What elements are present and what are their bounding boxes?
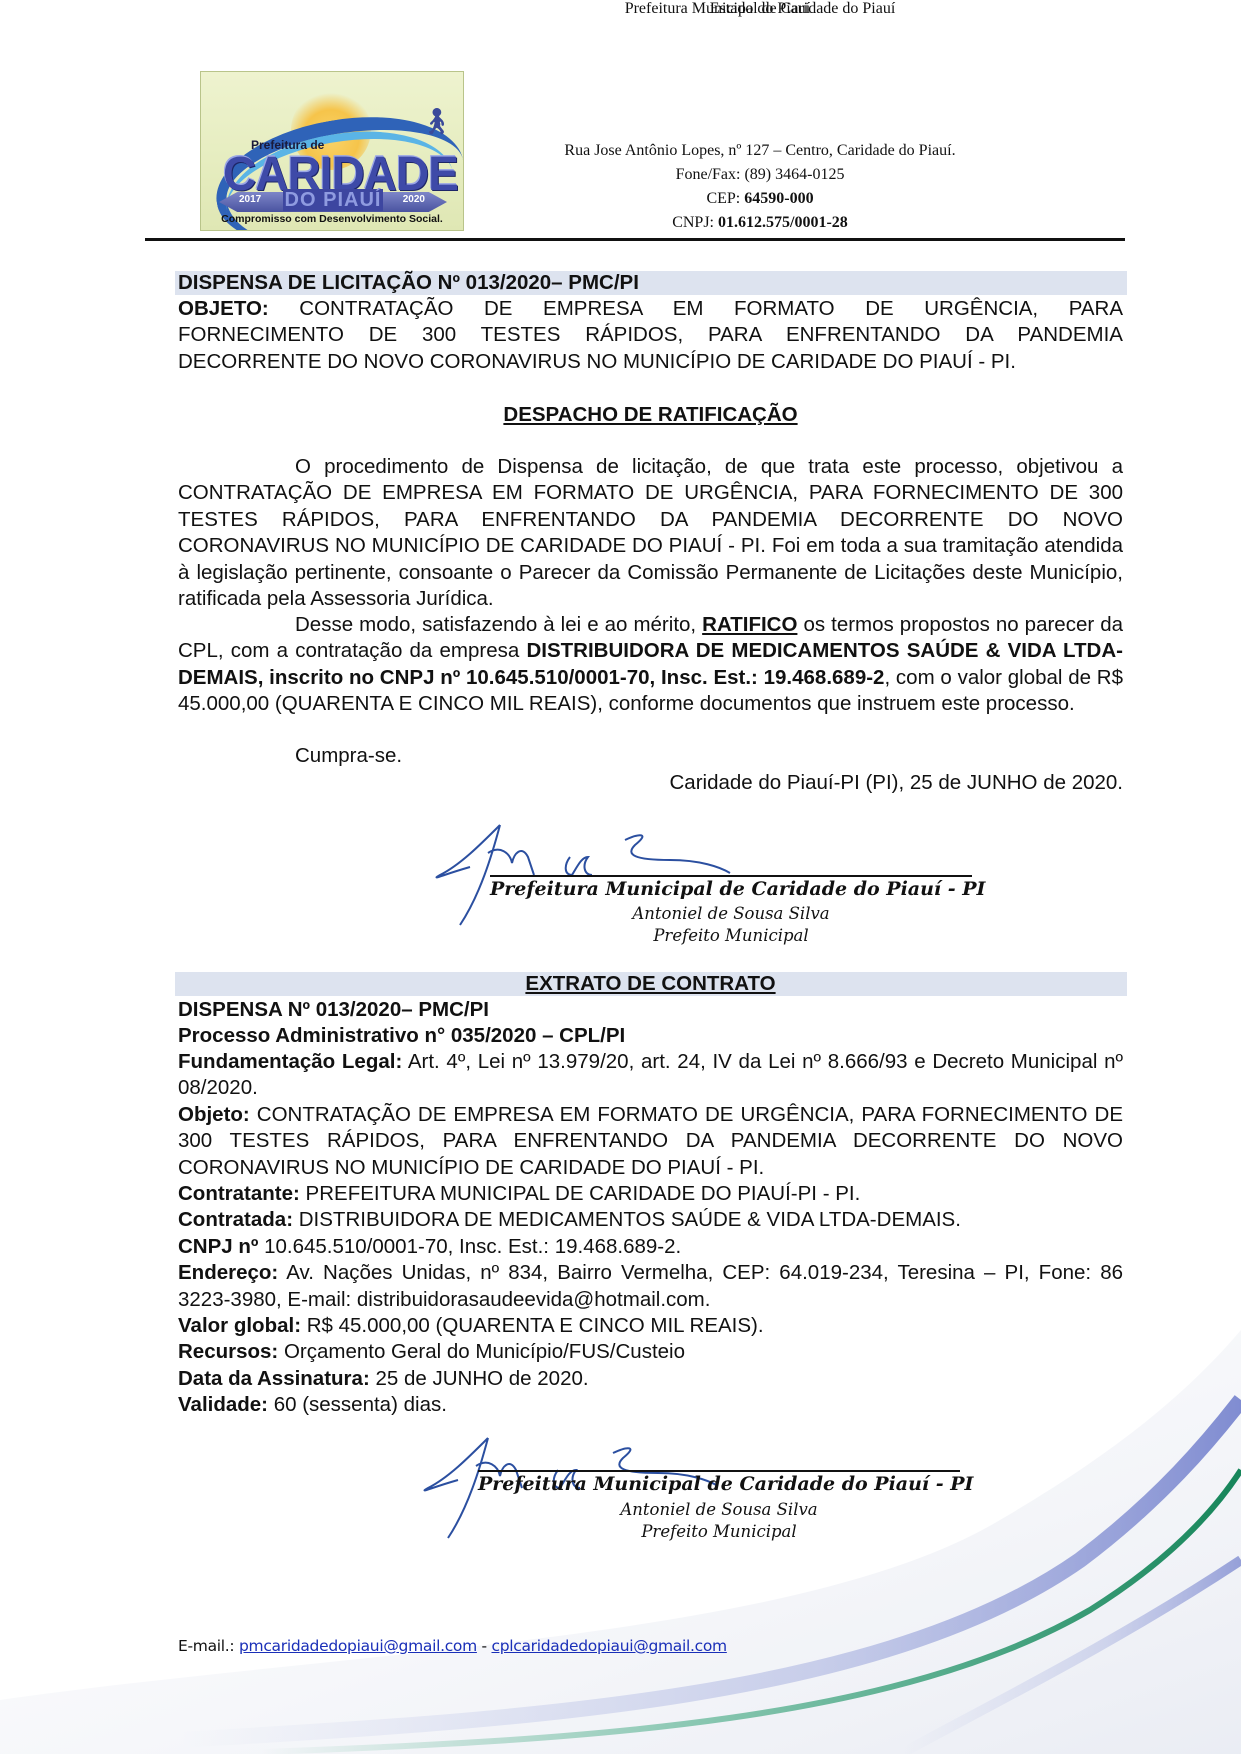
- municipality-logo: 🚶︎ Prefeitura de CARIDADE 2017 DO PIAUÍ …: [200, 71, 464, 231]
- field-value: 10.645.510/0001-70, Insc. Est.: 19.468.6…: [258, 1235, 681, 1258]
- extrato-field: Endereço: Av. Nações Unidas, nº 834, Bai…: [178, 1260, 1123, 1313]
- signature-role: Prefeito Municipal: [490, 926, 972, 945]
- cep-value: 64590-000: [744, 190, 813, 207]
- extrato-field: Fundamentação Legal: Art. 4º, Lei nº 13.…: [178, 1049, 1123, 1102]
- logo-year-end: 2020: [403, 194, 425, 205]
- despacho-paragraph-1: O procedimento de Dispensa de licitação,…: [178, 454, 1123, 612]
- extrato-field: Data da Assinatura: 25 de JUNHO de 2020.: [178, 1366, 1123, 1392]
- dispensa-objeto: OBJETO: CONTRATAÇÃO DE EMPRESA EM FORMAT…: [178, 296, 1123, 375]
- signature-name: Antoniel de Sousa Silva: [490, 904, 972, 923]
- field-value: 25 de JUNHO de 2020.: [370, 1367, 589, 1390]
- extrato-processo: Processo Administrativo n° 035/2020 – CP…: [178, 1023, 1123, 1049]
- field-value: Orçamento Geral do Município/FUS/Custeio: [278, 1340, 685, 1363]
- field-value: DISTRIBUIDORA DE MEDICAMENTOS SAÚDE & VI…: [293, 1208, 961, 1231]
- objeto-text: CONTRATAÇÃO DE EMPRESA EM FORMATO DE URG…: [269, 297, 1123, 320]
- extrato-title: EXTRATO DE CONTRATO: [178, 971, 1123, 997]
- field-label: Contratada:: [178, 1208, 293, 1231]
- header-phone: Fone/Fax: (89) 3464-0125: [480, 166, 1040, 184]
- field-value: Av. Nações Unidas, nº 834, Bairro Vermel…: [178, 1261, 1123, 1310]
- field-value: CONTRATAÇÃO DE EMPRESA EM FORMATO DE URG…: [178, 1103, 1123, 1179]
- signature-line: [478, 1470, 960, 1472]
- field-label: Validade:: [178, 1393, 268, 1416]
- field-value: 60 (sessenta) dias.: [268, 1393, 447, 1416]
- header-cep: CEP: 64590-000: [480, 190, 1040, 208]
- field-label: Data da Assinatura:: [178, 1367, 370, 1390]
- signature-name: Antoniel de Sousa Silva: [478, 1500, 960, 1519]
- extrato-field: Contratada: DISTRIBUIDORA DE MEDICAMENTO…: [178, 1207, 1123, 1233]
- objeto-label: OBJETO:: [178, 297, 269, 320]
- email-label: E-mail.:: [178, 1637, 239, 1655]
- signature-organization: Prefeitura Municipal de Caridade do Piau…: [490, 878, 985, 900]
- signature-block: Prefeitura Municipal de Caridade do Piau…: [430, 805, 990, 945]
- email-link-pm[interactable]: pmcaridadedopiaui@gmail.com: [239, 1637, 477, 1655]
- extrato-field: Contratante: PREFEITURA MUNICIPAL DE CAR…: [178, 1181, 1123, 1207]
- field-label: Endereço:: [178, 1261, 278, 1284]
- logo-subtitle: DO PIAUÍ: [283, 189, 383, 211]
- extrato-field: Recursos: Orçamento Geral do Município/F…: [178, 1339, 1123, 1365]
- signature-block: Prefeitura Municipal de Caridade do Piau…: [418, 1418, 978, 1558]
- email-separator: -: [477, 1637, 492, 1655]
- extrato-field: Valor global: R$ 45.000,00 (QUARENTA E C…: [178, 1313, 1123, 1339]
- cnpj-value: 01.612.575/0001-28: [718, 214, 848, 231]
- objeto-line: OBJETO: CONTRATAÇÃO DE EMPRESA EM FORMAT…: [178, 296, 1123, 322]
- cep-label: CEP:: [706, 190, 744, 207]
- closing: Cumpra-se.: [178, 743, 1123, 769]
- signature-line: [490, 875, 972, 877]
- despacho-title: DESPACHO DE RATIFICAÇÃO: [178, 402, 1123, 428]
- footer-emails: E-mail.: pmcaridadedopiaui@gmail.com - c…: [178, 1637, 727, 1655]
- field-label: Fundamentação Legal:: [178, 1050, 402, 1073]
- extrato-field: Validade: 60 (sessenta) dias.: [178, 1392, 1123, 1418]
- extrato-fields: Fundamentação Legal: Art. 4º, Lei nº 13.…: [178, 1049, 1123, 1419]
- people-icon: 🚶︎: [420, 106, 449, 137]
- p2-text: Desse modo, satisfazendo à lei e ao méri…: [295, 613, 702, 636]
- objeto-line: FORNECIMENTO DE 300 TESTES RÁPIDOS, PARA…: [178, 322, 1123, 348]
- objeto-line: DECORRENTE DO NOVO CORONAVIRUS NO MUNICÍ…: [178, 349, 1123, 375]
- logo-motto: Compromisso com Desenvolvimento Social.: [201, 213, 463, 225]
- field-label: Recursos:: [178, 1340, 278, 1363]
- despacho-paragraph-2: Desse modo, satisfazendo à lei e ao méri…: [178, 612, 1123, 718]
- prefecture-name: Prefeitura Municipal de Caridade do Piau…: [480, 0, 1040, 18]
- logo-year-start: 2017: [239, 194, 261, 205]
- header-address: Rua Jose Antônio Lopes, nº 127 – Centro,…: [480, 142, 1040, 160]
- header-cnpj: CNPJ: 01.612.575/0001-28: [480, 214, 1040, 232]
- dispensa-title: DISPENSA DE LICITAÇÃO Nº 013/2020– PMC/P…: [178, 270, 1123, 296]
- place-date: Caridade do Piauí-PI (PI), 25 de JUNHO d…: [178, 770, 1123, 796]
- signature-organization: Prefeitura Municipal de Caridade do Piau…: [478, 1473, 973, 1495]
- extrato-field: Objeto: CONTRATAÇÃO DE EMPRESA EM FORMAT…: [178, 1102, 1123, 1181]
- field-label: Contratante:: [178, 1182, 300, 1205]
- signature-role: Prefeito Municipal: [478, 1522, 960, 1541]
- field-value: PREFEITURA MUNICIPAL DE CARIDADE DO PIAU…: [300, 1182, 860, 1205]
- field-label: Valor global:: [178, 1314, 301, 1337]
- cnpj-label: CNPJ:: [672, 214, 718, 231]
- email-link-cpl[interactable]: cplcaridadedopiaui@gmail.com: [491, 1637, 726, 1655]
- extrato-dispensa: DISPENSA Nº 013/2020– PMC/PI: [178, 997, 1123, 1023]
- field-label: CNPJ nº: [178, 1235, 258, 1258]
- field-value: R$ 45.000,00 (QUARENTA E CINCO MIL REAIS…: [301, 1314, 764, 1337]
- extrato-field: CNPJ nº 10.645.510/0001-70, Insc. Est.: …: [178, 1234, 1123, 1260]
- header-divider: [145, 238, 1125, 241]
- field-label: Objeto:: [178, 1103, 250, 1126]
- ratifico-word: RATIFICO: [702, 613, 797, 636]
